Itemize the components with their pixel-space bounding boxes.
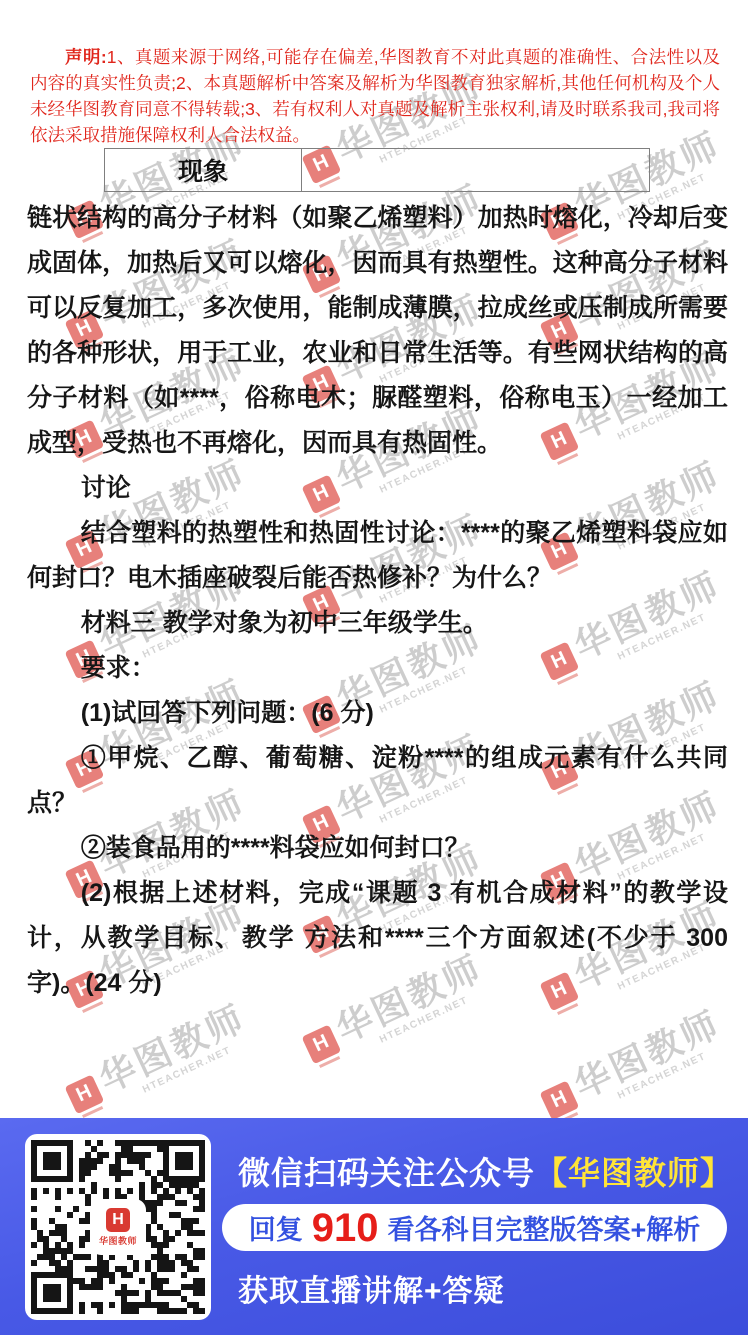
reply-pill-prefix: 回复 bbox=[249, 1208, 303, 1247]
watermark-domain: HTEACHER.NET bbox=[616, 1040, 731, 1102]
body-paragraph-1: 链状结构的高分子材料（如聚乙烯塑料）加热时熔化，冷却后变成固体，加热后又可以熔化… bbox=[27, 196, 728, 466]
huatu-logo-icon: H bbox=[64, 1074, 104, 1114]
table-cell-phenomenon: 现象 bbox=[105, 149, 302, 191]
banner-headline: 微信扫码关注公众号【华图教师】 bbox=[238, 1148, 733, 1194]
reply-pill: 回复 910 看各科目完整版答案+解析 bbox=[222, 1204, 727, 1251]
disclaimer-body: 1、真题来源于网络,可能存在偏差,华图教育不对此真题的准确性、合法性以及内容的真… bbox=[30, 47, 720, 145]
banner-headline-prefix: 微信扫码关注公众号 bbox=[238, 1155, 535, 1191]
qr-center-brand: 华图教师 bbox=[99, 1234, 137, 1247]
huatu-logo-icon: H bbox=[106, 1208, 130, 1232]
huatu-logo-icon: H bbox=[539, 1080, 579, 1120]
body-paragraph-9: (2)根据上述材料，完成“课题 3 有机合成材料”的教学设计，从教学目标、教学 … bbox=[27, 871, 728, 1006]
body-paragraph-3: 结合塑料的热塑性和热固性讨论：****的聚乙烯塑料袋应如何封口？电木插座破裂后能… bbox=[27, 511, 728, 601]
document-page: H华图教师HTEACHER.NETH华图教师HTEACHER.NETH华图教师H… bbox=[0, 0, 748, 1335]
watermark-brand: 华图教师 bbox=[569, 1006, 726, 1105]
huatu-watermark: H华图教师HTEACHER.NET bbox=[62, 1000, 257, 1126]
document-body: 链状结构的高分子材料（如聚乙烯塑料）加热时熔化，冷却后变成固体，加热后又可以熔化… bbox=[27, 196, 728, 1006]
phenomenon-table-row: 现象 bbox=[104, 148, 650, 192]
body-paragraph-7: ①甲烷、乙醇、葡萄糖、淀粉****的组成元素有什么共同点？ bbox=[27, 736, 728, 826]
watermark-brand: 华图教师 bbox=[94, 1000, 251, 1099]
wechat-qr-code: H 华图教师 bbox=[25, 1134, 211, 1320]
body-paragraph-8: ②装食品用的****料袋应如何封口？ bbox=[27, 826, 728, 871]
body-paragraph-4: 材料三 教学对象为初中三年级学生。 bbox=[27, 601, 728, 646]
disclaimer-text: 声明:1、真题来源于网络,可能存在偏差,华图教育不对此真题的准确性、合法性以及内… bbox=[30, 44, 720, 148]
banner-headline-highlight: 【华图教师】 bbox=[535, 1155, 733, 1191]
table-cell-empty bbox=[302, 149, 649, 191]
huatu-watermark: H华图教师HTEACHER.NET bbox=[537, 1006, 732, 1132]
body-paragraph-6: (1)试回答下列问题：(6 分) bbox=[27, 691, 728, 736]
watermark-domain: HTEACHER.NET bbox=[141, 1034, 256, 1096]
reply-pill-suffix: 看各科目完整版答案+解析 bbox=[387, 1208, 700, 1247]
watermark-small-mark bbox=[319, 1056, 340, 1068]
reply-code: 910 bbox=[312, 1208, 379, 1248]
banner-subline: 获取直播讲解+答疑 bbox=[238, 1266, 505, 1310]
qr-center-logo: H 华图教师 bbox=[92, 1201, 144, 1253]
body-paragraph-5: 要求： bbox=[27, 646, 728, 691]
promo-banner: H 华图教师 微信扫码关注公众号【华图教师】 回复 910 看各科目完整版答案+… bbox=[0, 1118, 748, 1335]
huatu-logo-icon: H bbox=[301, 1024, 341, 1064]
disclaimer-label: 声明: bbox=[65, 47, 107, 67]
watermark-small-mark bbox=[82, 1106, 103, 1118]
body-paragraph-2: 讨论 bbox=[27, 466, 728, 511]
